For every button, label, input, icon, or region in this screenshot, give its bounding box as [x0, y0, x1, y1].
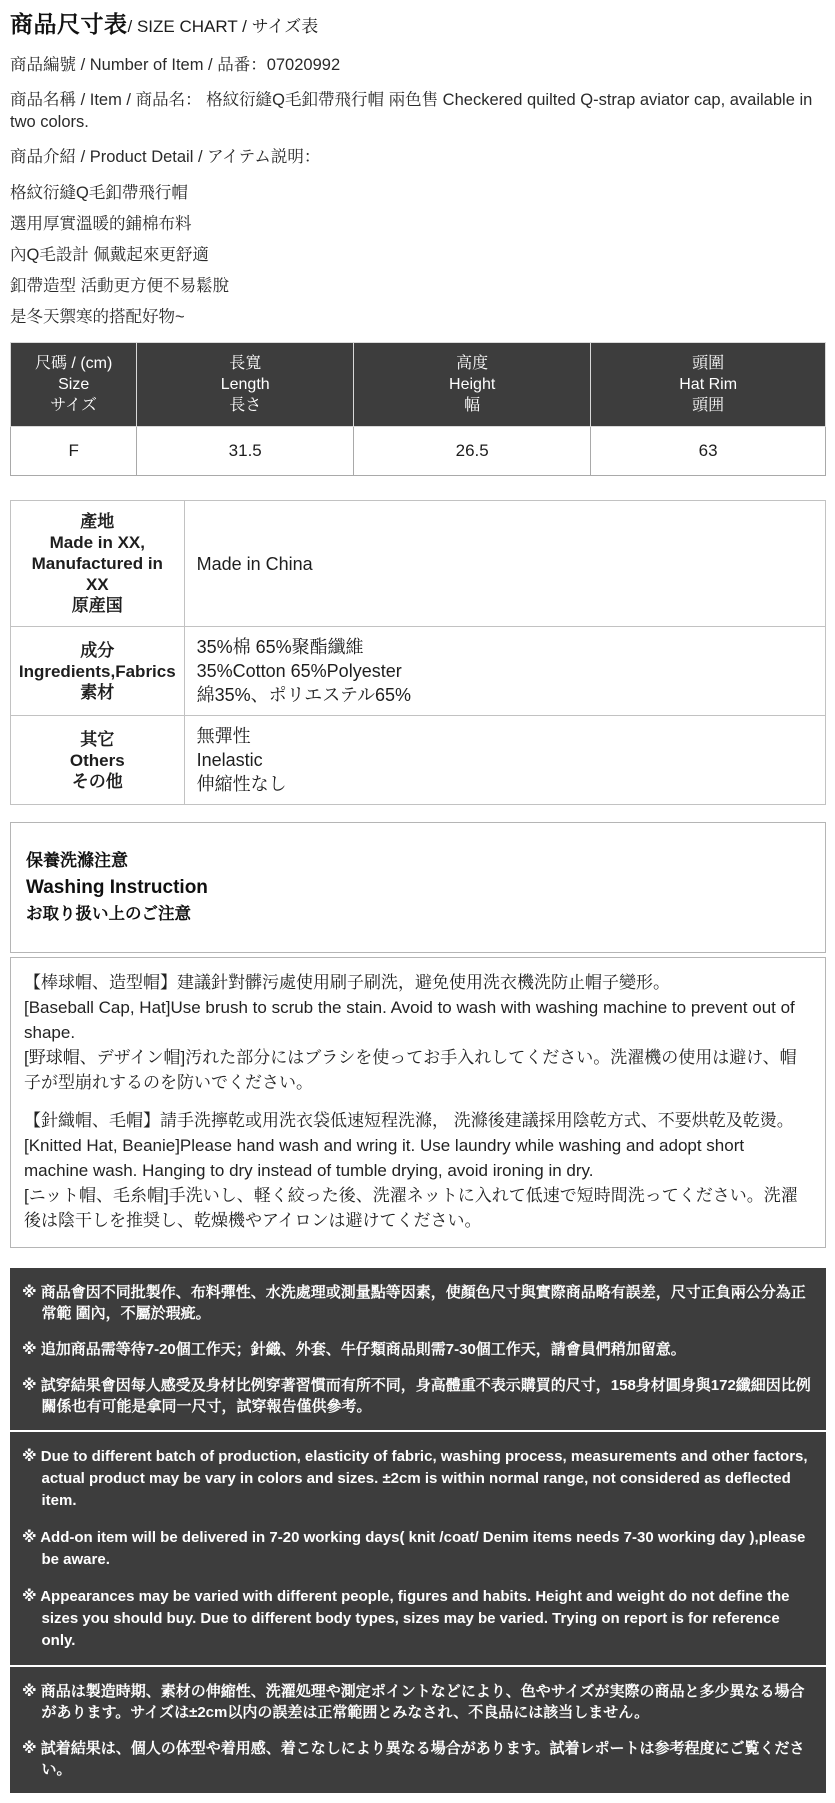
disclaimer-box-japanese: ※ 商品は製造時期、素材の伸縮性、洗濯処理や測定ポイントなどにより、色やサイズが… [10, 1667, 826, 1793]
value-line: 35%棉 65%聚酯纖維 [197, 635, 813, 659]
product-detail-line: 格紋衍縫Q毛釦帶飛行帽 [10, 184, 826, 203]
value-line: Made in China [197, 552, 813, 576]
disclaimer-item: ※ 試穿結果會因每人感受及身材比例穿著習慣而有所不同，身高體重不表示購買的尺寸，… [22, 1375, 816, 1417]
washing-knit-zh: 【針織帽、毛帽】請手洗擰乾或用洗衣袋低速短程洗滌， 洗滌後建議採用陰乾方式、不要… [24, 1108, 812, 1133]
label-line: Made in XX, [13, 532, 182, 553]
size-table-data-row: F 31.5 26.5 63 [11, 427, 826, 476]
disclaimer-item: ※ 試着結果は、個人の体型や着用感、着こなしにより異なる場合があります。試着レポ… [22, 1738, 816, 1780]
size-col-header-length: 長寬 Length 長さ [137, 343, 354, 427]
info-value-ingredients: 35%棉 65%聚酯纖維 35%Cotton 65%Polyester 綿35%… [184, 627, 825, 716]
label-line: Others [13, 750, 182, 771]
disclaimer-item: ※ 追加商品需等待7-20個工作天；針織、外套、牛仔類商品則需7-30個工作天，… [22, 1339, 816, 1360]
info-label-others: 其它 Others その他 [11, 716, 185, 805]
disclaimer-item: ※ Due to different batch of production, … [22, 1446, 816, 1512]
label-line: 原産国 [13, 595, 182, 616]
header-line: 頭圍 [593, 353, 823, 374]
label-line: 產地 [13, 511, 182, 532]
washing-heading-en: Washing Instruction [26, 874, 810, 901]
info-value-origin: Made in China [184, 501, 825, 627]
header-line: 長寬 [139, 353, 351, 374]
value-line: 綿35%、ポリエステル65% [197, 683, 813, 707]
header-line: 尺碼 / (cm) [13, 353, 134, 374]
header-line: 長さ [139, 395, 351, 416]
page-title: 商品尺寸表/ SIZE CHART / サイズ表 [10, 6, 826, 39]
product-detail-text: 格紋衍縫Q毛釦帶飛行帽 選用厚實溫暖的鋪棉布料 內Q毛設計 佩戴起來更舒適 釦帶… [10, 184, 826, 327]
product-detail-line: 釦帶造型 活動更方便不易鬆脫 [10, 277, 826, 296]
page-title-main: 商品尺寸表 [10, 11, 128, 37]
item-name-line: 商品名稱 / Item / 商品名： 格紋衍縫Q毛釦帶飛行帽 兩色售 Check… [10, 89, 826, 133]
washing-paragraph-knit: 【針織帽、毛帽】請手洗擰乾或用洗衣袋低速短程洗滌， 洗滌後建議採用陰乾方式、不要… [24, 1108, 812, 1233]
size-col-header-height: 高度 Height 幅 [354, 343, 591, 427]
label-line: 素材 [13, 682, 182, 703]
size-value-hat-rim: 63 [591, 427, 826, 476]
page-title-sub: / SIZE CHART / サイズ表 [128, 17, 319, 36]
info-label-origin: 產地 Made in XX, Manufactured in XX 原産国 [11, 501, 185, 627]
header-line: Size [13, 374, 134, 395]
size-value-height: 26.5 [354, 427, 591, 476]
label-line: Ingredients,Fabrics [13, 661, 182, 682]
washing-heading-jp: お取り扱い上のご注意 [26, 901, 810, 927]
disclaimer-item: ※ Add-on item will be delivered in 7-20 … [22, 1527, 816, 1571]
value-line: 無彈性 [197, 724, 813, 748]
label-line: 其它 [13, 729, 182, 750]
value-line: 伸縮性なし [197, 772, 813, 796]
label-line: Manufactured in [13, 553, 182, 574]
header-line: 幅 [356, 395, 588, 416]
size-chart-page: 商品尺寸表/ SIZE CHART / サイズ表 商品編號 / Number o… [0, 0, 835, 1803]
header-line: Length [139, 374, 351, 395]
info-label-ingredients: 成分 Ingredients,Fabrics 素材 [11, 627, 185, 716]
disclaimer-item: ※ Appearances may be varied with differe… [22, 1586, 816, 1652]
washing-cap-jp: [野球帽、デザイン帽]汚れた部分にはブラシを使ってお手入れしてください。洗濯機の… [24, 1045, 812, 1095]
label-line: 成分 [13, 640, 182, 661]
size-table-header-row: 尺碼 / (cm) Size サイズ 長寬 Length 長さ 高度 Heigh… [11, 343, 826, 427]
header-line: 高度 [356, 353, 588, 374]
header-line: Hat Rim [593, 374, 823, 395]
size-col-header-hat-rim: 頭圍 Hat Rim 頭囲 [591, 343, 826, 427]
product-detail-line: 選用厚實溫暖的鋪棉布料 [10, 215, 826, 234]
washing-instruction-heading-box: 保養洗滌注意 Washing Instruction お取り扱い上のご注意 [10, 822, 826, 953]
product-detail-heading: 商品介紹 / Product Detail / アイテム説明： [10, 146, 826, 168]
washing-heading-zh: 保養洗滌注意 [26, 848, 810, 874]
disclaimer-box-chinese: ※ 商品會因不同批製作、布料彈性、水洗處理或測量點等因素，使顏色尺寸與實際商品略… [10, 1268, 826, 1430]
disclaimer-item: ※ 商品は製造時期、素材の伸縮性、洗濯処理や測定ポイントなどにより、色やサイズが… [22, 1681, 816, 1723]
size-col-header-size: 尺碼 / (cm) Size サイズ [11, 343, 137, 427]
value-line: Inelastic [197, 748, 813, 772]
washing-instruction-detail-box: 【棒球帽、造型帽】建議針對髒污處使用刷子刷洗，避免使用洗衣機洗防止帽子變形。 [… [10, 957, 826, 1248]
size-value-size: F [11, 427, 137, 476]
info-row-ingredients: 成分 Ingredients,Fabrics 素材 35%棉 65%聚酯纖維 3… [11, 627, 826, 716]
washing-cap-zh: 【棒球帽、造型帽】建議針對髒污處使用刷子刷洗，避免使用洗衣機洗防止帽子變形。 [24, 970, 812, 995]
washing-knit-jp: [ニット帽、毛糸帽]手洗いし、軽く絞った後、洗濯ネットに入れて低速で短時間洗って… [24, 1183, 812, 1233]
label-line: XX [13, 574, 182, 595]
label-line: その他 [13, 771, 182, 792]
info-row-origin: 產地 Made in XX, Manufactured in XX 原産国 Ma… [11, 501, 826, 627]
disclaimer-item: ※ 商品會因不同批製作、布料彈性、水洗處理或測量點等因素，使顏色尺寸與實際商品略… [22, 1282, 816, 1324]
info-row-others: 其它 Others その他 無彈性 Inelastic 伸縮性なし [11, 716, 826, 805]
size-table: 尺碼 / (cm) Size サイズ 長寬 Length 長さ 高度 Heigh… [10, 342, 826, 476]
header-line: サイズ [13, 395, 134, 416]
item-number-line: 商品編號 / Number of Item / 品番：07020992 [10, 54, 826, 76]
disclaimer-box-english: ※ Due to different batch of production, … [10, 1432, 826, 1665]
size-value-length: 31.5 [137, 427, 354, 476]
washing-paragraph-cap: 【棒球帽、造型帽】建議針對髒污處使用刷子刷洗，避免使用洗衣機洗防止帽子變形。 [… [24, 970, 812, 1095]
product-detail-line: 內Q毛設計 佩戴起來更舒適 [10, 246, 826, 265]
value-line: 35%Cotton 65%Polyester [197, 659, 813, 683]
header-line: 頭囲 [593, 395, 823, 416]
info-value-others: 無彈性 Inelastic 伸縮性なし [184, 716, 825, 805]
washing-knit-en: [Knitted Hat, Beanie]Please hand wash an… [24, 1133, 812, 1183]
product-detail-line: 是冬天禦寒的搭配好物~ [10, 308, 826, 327]
product-info-table: 產地 Made in XX, Manufactured in XX 原産国 Ma… [10, 500, 826, 805]
header-line: Height [356, 374, 588, 395]
washing-cap-en: [Baseball Cap, Hat]Use brush to scrub th… [24, 995, 812, 1045]
